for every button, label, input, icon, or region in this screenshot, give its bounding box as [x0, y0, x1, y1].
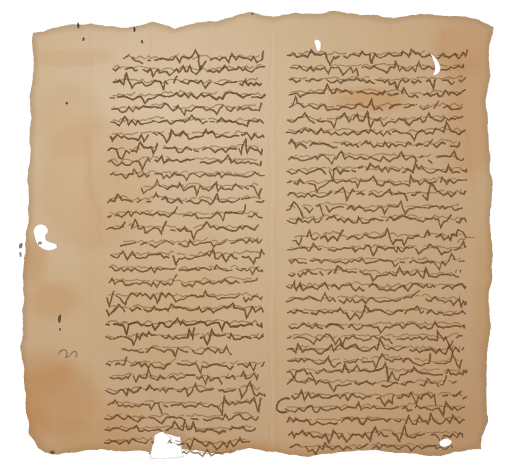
hole-top-center: [314, 40, 321, 52]
hole-bottom-right-sliver: [437, 439, 451, 446]
parchment: [0, 0, 510, 470]
manuscript-photo-canvas: [0, 0, 510, 470]
manuscript-photo: [0, 0, 510, 470]
